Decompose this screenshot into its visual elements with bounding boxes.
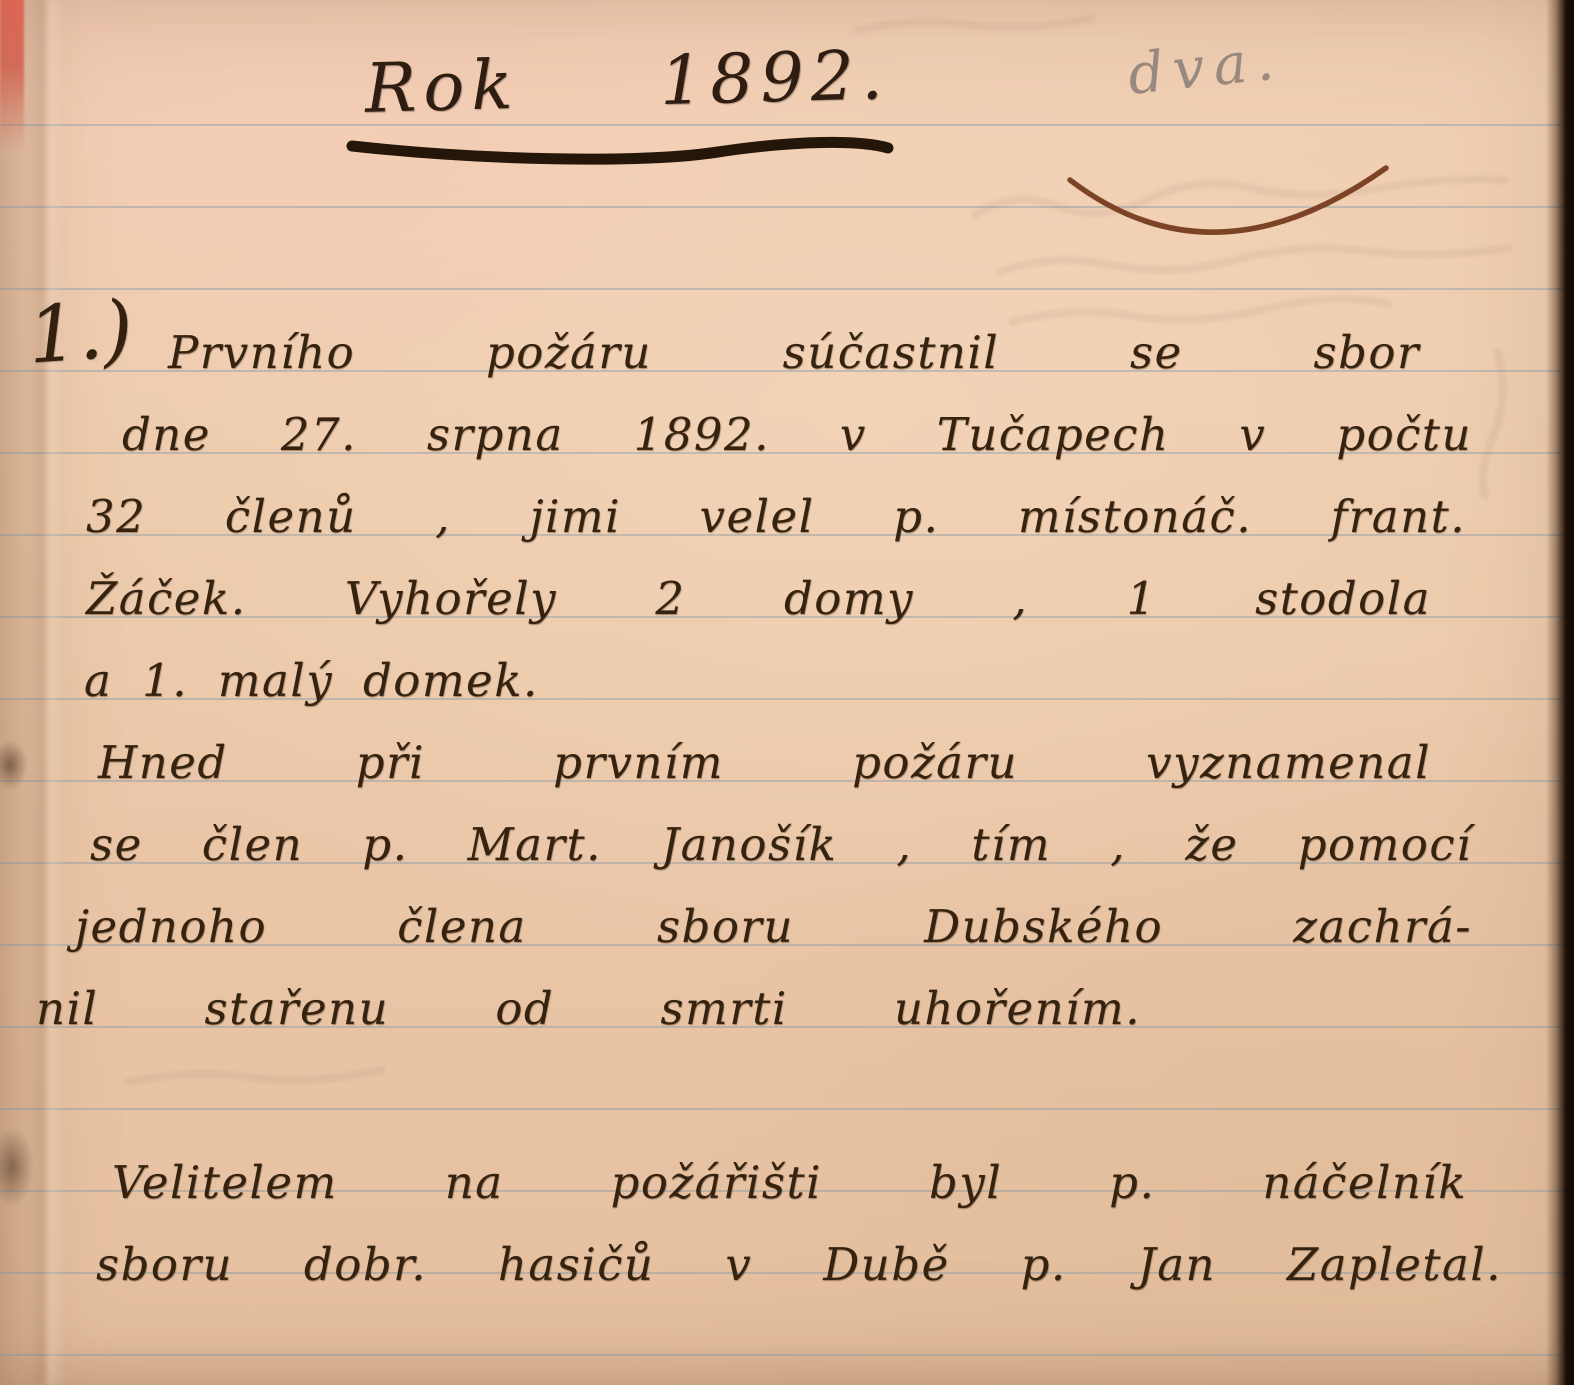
handwritten-line: jednoho člena sboru Dubského zachrá- xyxy=(75,898,1472,956)
handwritten-line: dne 27. srpna 1892. v Tučapech v počtu xyxy=(122,406,1472,464)
handwritten-line: nil stařenu od smrti uhořením. xyxy=(36,980,1141,1038)
manuscript-page: Rok 1892. dva. 1.) Prvního požáru súčast… xyxy=(0,0,1574,1385)
handwritten-line: se člen p. Mart. Janošík , tím , že pomo… xyxy=(90,816,1472,874)
page-title: Rok 1892. xyxy=(364,39,890,128)
title-underline xyxy=(338,128,908,176)
corner-page-note: dva. xyxy=(1125,32,1285,104)
paragraph-number: 1.) xyxy=(25,290,135,375)
pencil-arc-mark xyxy=(1052,158,1404,262)
left-edge-crease-mark xyxy=(0,1128,34,1206)
handwritten-line: Velitelem na požářišti byl p. náčelník xyxy=(112,1154,1467,1212)
handwritten-line: a 1. malý domek. xyxy=(84,652,539,710)
handwritten-line: sboru dobr. hasičů v Dubě p. Jan Zapleta… xyxy=(96,1236,1502,1294)
left-fold-crease xyxy=(26,0,66,1385)
handwritten-line: Prvního požáru súčastnil se sbor xyxy=(168,324,1420,382)
page-edge-red-mark xyxy=(0,0,24,151)
handwritten-line: Hned při prvním požáru vyznamenal xyxy=(98,734,1431,792)
scan-edge-right xyxy=(1546,0,1574,1385)
left-edge-crease-mark xyxy=(0,740,28,790)
handwritten-line: 32 členů , jimi velel p. místonáč. frant… xyxy=(86,488,1466,546)
handwritten-line: Žáček. Vyhořely 2 domy , 1 stodola xyxy=(86,570,1431,628)
